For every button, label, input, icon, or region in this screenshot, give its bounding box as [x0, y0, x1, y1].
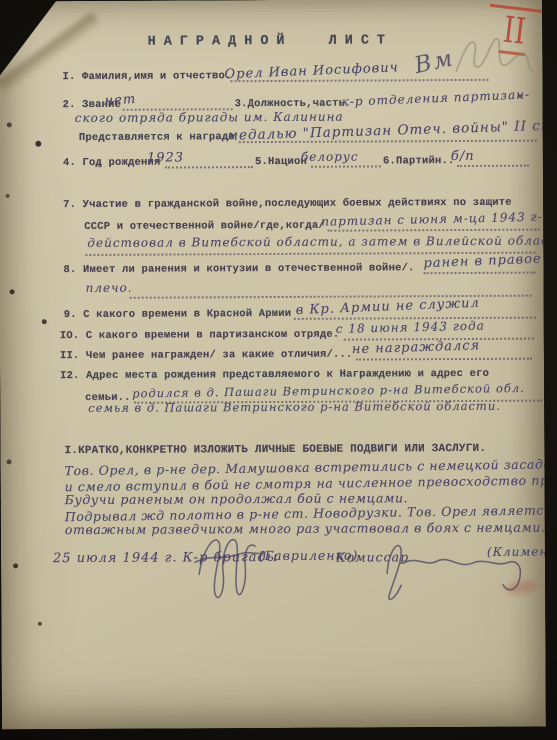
- document-photo: II Вм НАГРАДНОЙ ЛИСТ I. Фамилия,имя и от…: [0, 0, 557, 740]
- field-6-value: б/п: [451, 149, 475, 164]
- document-title: НАГРАДНОЙ ЛИСТ: [0, 33, 542, 51]
- field-12-label-line1: I2. Адрес места рождения представляемого…: [60, 368, 489, 382]
- field-11-label: II. Чем ранее награжден/ за какие отличи…: [60, 349, 353, 363]
- field-1-label: I. Фамилия,имя и отчество.: [62, 70, 231, 83]
- document-content: II Вм НАГРАДНОЙ ЛИСТ I. Фамилия,имя и от…: [0, 0, 546, 729]
- field-3-value-line2: ского отряда бригады им. Калинина: [75, 110, 344, 125]
- commander-signature: [189, 528, 269, 606]
- feats-heading: I.КРАТКО,КОНКРЕТНО ИЗЛОЖИТЬ ЛИЧНЫЕ БОЕВЫ…: [64, 443, 486, 457]
- paper-sheet: II Вм НАГРАДНОЙ ЛИСТ I. Фамилия,имя и от…: [0, 0, 546, 729]
- field-12-value-line2: семья в д. Пашаги Ветринского р-на Витеб…: [88, 399, 501, 415]
- field-9-label: 9. С какого времени в Красной Армии: [64, 308, 292, 321]
- field-8-value-line2: плечо.: [86, 281, 133, 295]
- field-5-value: белорус: [301, 150, 359, 164]
- field-2-value: нет: [104, 92, 136, 109]
- commissar-name: (Клименок): [487, 544, 557, 558]
- paper-specks: [0, 1, 1, 4]
- field-4-label: 4. Год рождения: [63, 157, 161, 170]
- field-7-value-line2: действовал в Витебской области, а затем …: [87, 233, 557, 250]
- field-6-label: 6.Партийн..: [383, 155, 455, 167]
- field-7-label-line1: 7. Участие в гражданской войне,последующ…: [63, 197, 512, 211]
- field-3-value-line1: к-р отделения партизан-: [341, 87, 530, 109]
- field-10-label: IO. С какого времени в партизанском отря…: [60, 329, 340, 342]
- award-label: Представляется к награде: [79, 131, 235, 144]
- field-4-value: 1923: [147, 150, 184, 165]
- field-2-dotted-line: [123, 98, 233, 111]
- field-5-label: 5.Национ: [255, 156, 307, 168]
- field-3-label: 3.Должность,часть: [235, 98, 346, 111]
- field-8-label: 8. Имеет ли ранения и контузии в отечест…: [63, 262, 414, 276]
- field-7-label-line2: СССР и отечественной войне/где,когда/: [84, 220, 325, 233]
